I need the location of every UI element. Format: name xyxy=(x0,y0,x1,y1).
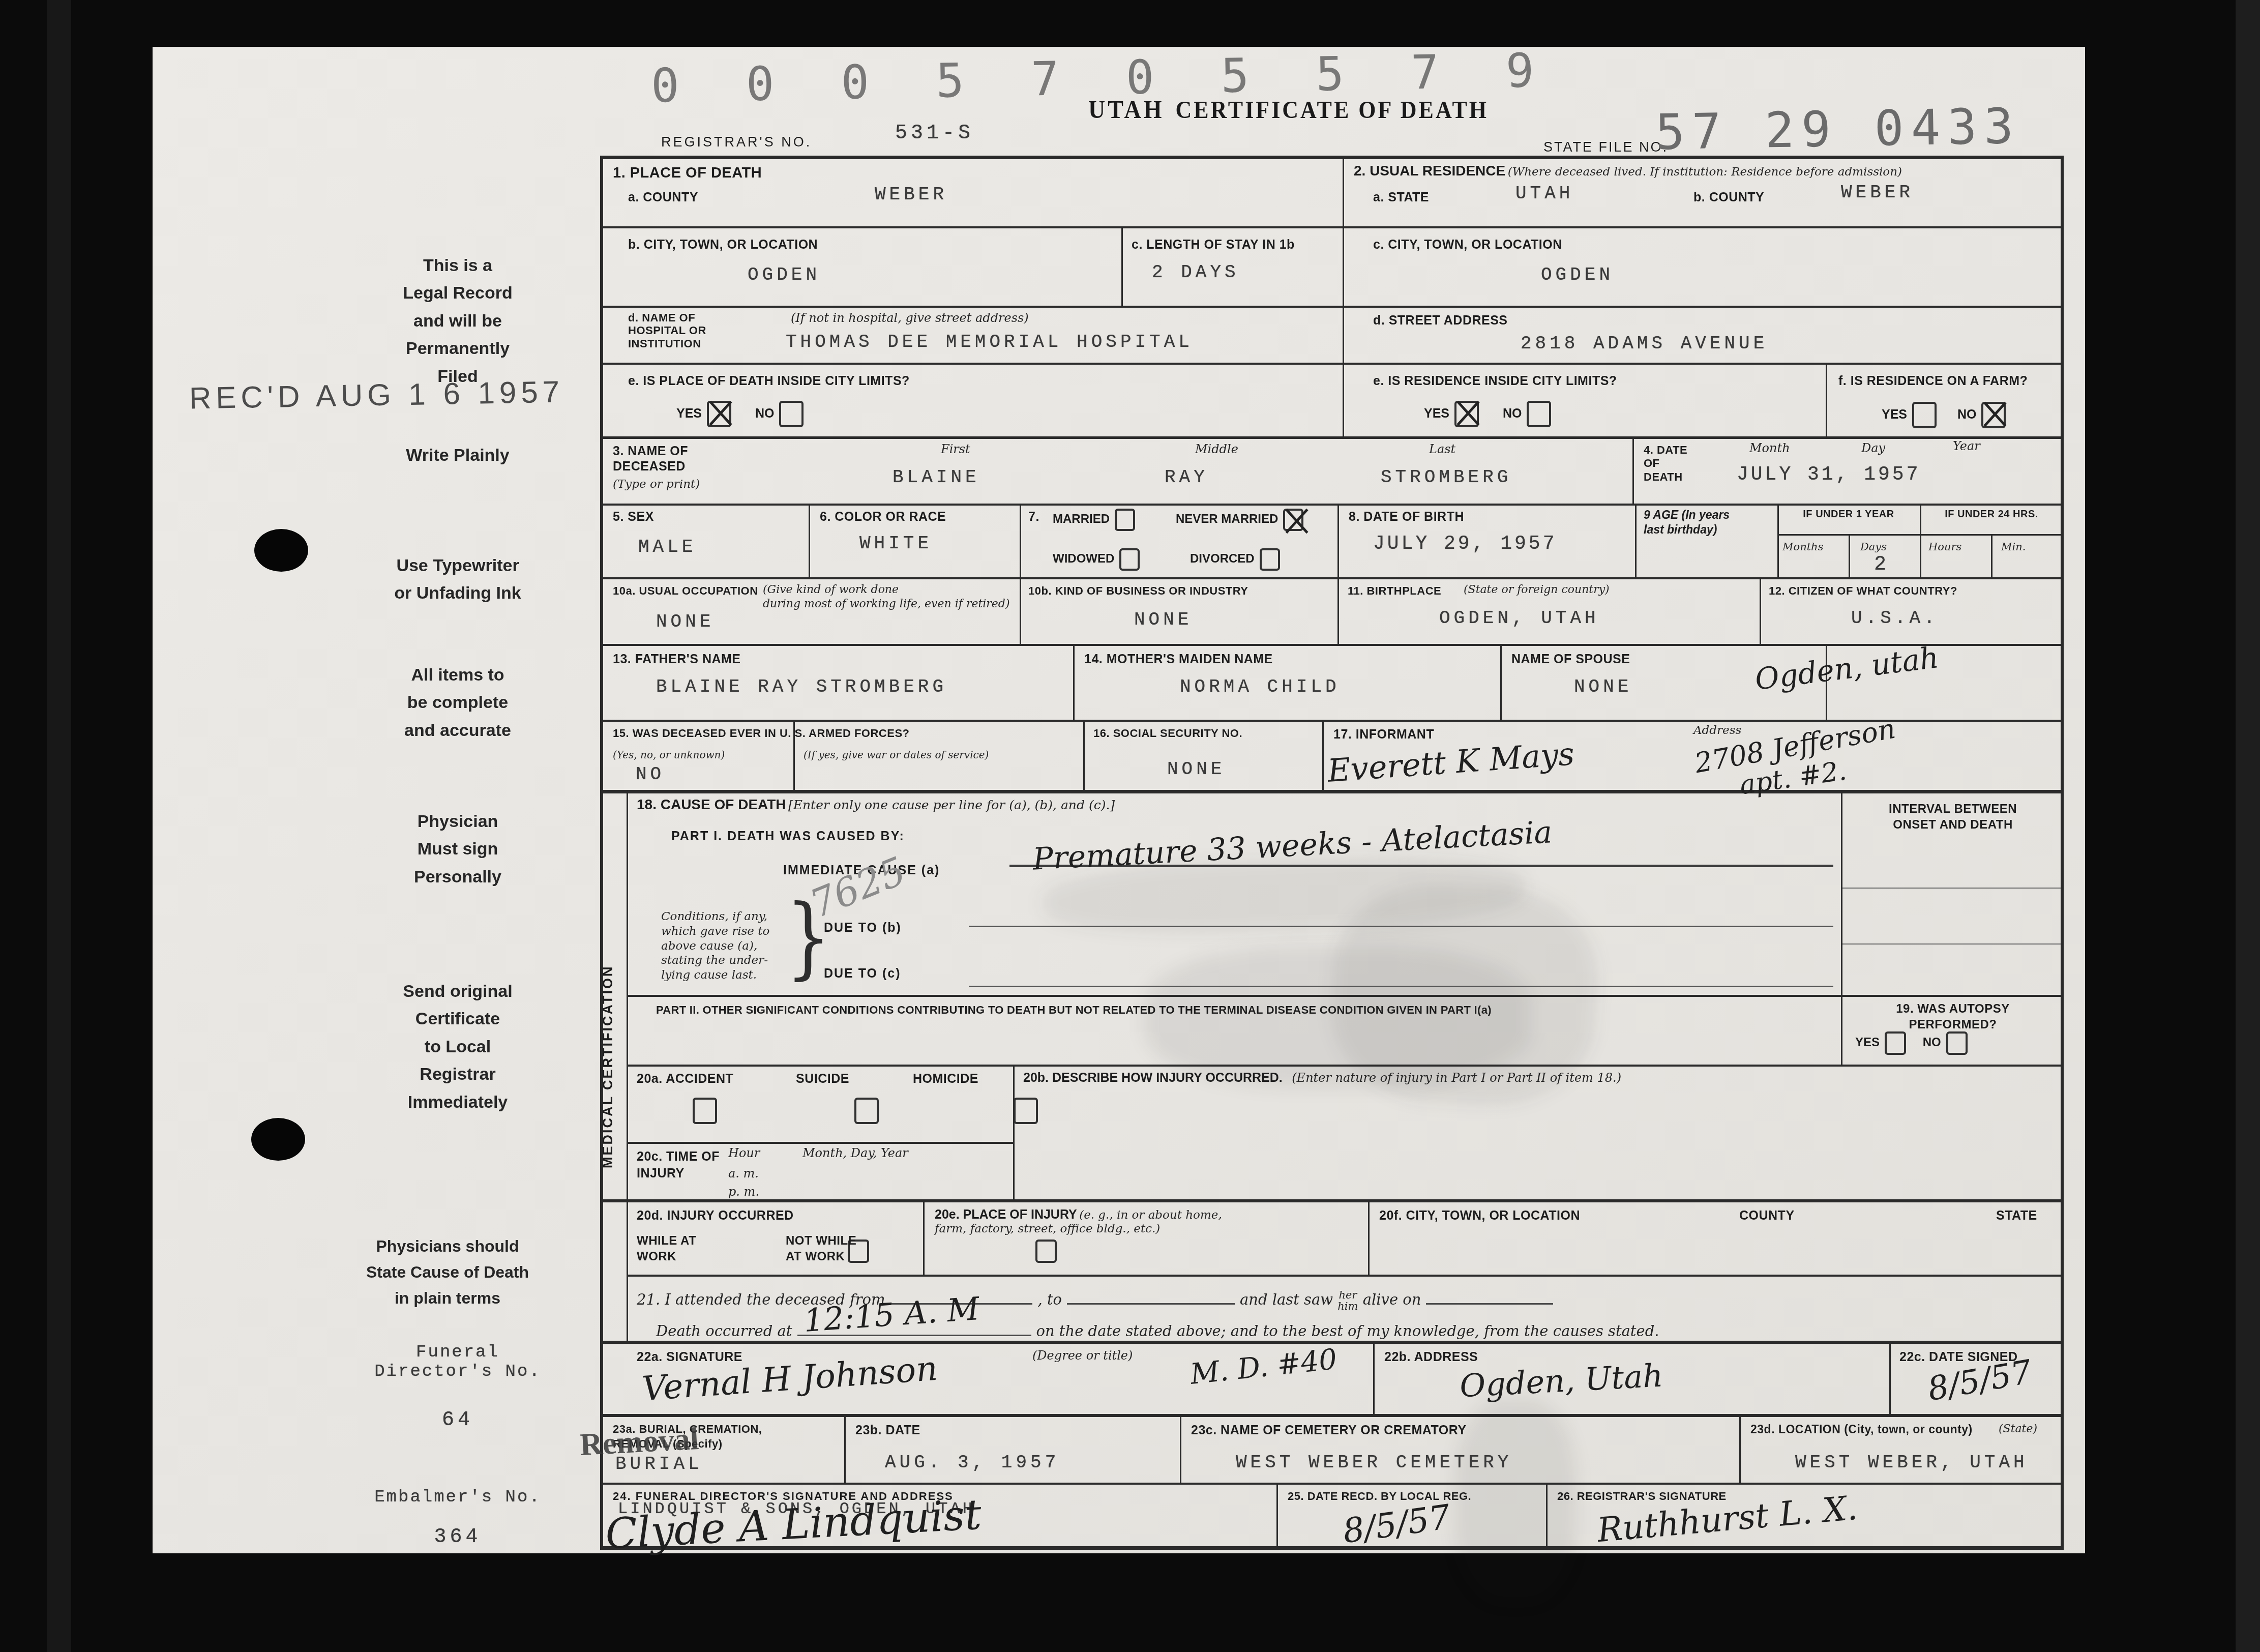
field-1-title: 1. PLACE OF DEATH xyxy=(613,164,762,183)
middle-name-value: RAY xyxy=(1165,467,1208,488)
field-4-date-label: 4. DATE OF DEATH xyxy=(1644,444,1687,484)
embalmers-no-label: Embalmer's No. xyxy=(315,1488,600,1507)
conditions-note: Conditions, if any, which gave rise to a… xyxy=(661,909,769,983)
field-23b-date-label: 23b. DATE xyxy=(855,1422,920,1439)
divider xyxy=(1842,943,2062,945)
field-2f-farm-options: YES NO xyxy=(1882,402,2011,428)
field-11-birthplace-value: OGDEN, UTAH xyxy=(1439,608,1599,629)
am-label: a. m. xyxy=(728,1166,759,1181)
field-19-autopsy-options: YES NO xyxy=(1855,1031,1973,1055)
field-1b-city-value: OGDEN xyxy=(748,264,820,285)
field-spouse-value: NONE xyxy=(1574,676,1632,697)
divider xyxy=(1849,534,1850,577)
divider xyxy=(627,1142,1015,1144)
scan-right-edge xyxy=(2236,0,2260,1652)
medical-certification-label: MEDICAL CERTIFICATION xyxy=(600,796,627,1338)
blank-alive-on xyxy=(1426,1287,1553,1305)
yes-label: YES xyxy=(1855,1036,1880,1049)
divider xyxy=(600,156,2064,159)
part2-label: PART II. OTHER SIGNIFICANT CONDITIONS CO… xyxy=(656,1003,1826,1018)
divider xyxy=(600,1199,2064,1202)
state-label: STATE xyxy=(1996,1207,2037,1224)
field-10b-industry-value: NONE xyxy=(1134,609,1192,630)
field-spouse-label: NAME OF SPOUSE xyxy=(1511,651,1630,668)
margin-note-complete: All items to be complete and accurate xyxy=(315,661,600,744)
due-to-c-underline xyxy=(969,986,1833,987)
divider xyxy=(1368,1201,1370,1275)
punch-hole-bottom xyxy=(251,1118,305,1161)
divider xyxy=(600,363,2064,365)
field-2f-farm-label: f. IS RESIDENCE ON A FARM? xyxy=(1838,373,2028,390)
due-to-b-label: DUE TO (b) xyxy=(824,920,902,936)
informant-address-label: Address xyxy=(1693,723,1741,738)
divider xyxy=(600,644,2064,646)
divider xyxy=(1322,720,1324,792)
checkbox-not-while-at-work xyxy=(1035,1240,1057,1263)
field-2-title-text: 2. USUAL RESIDENCE xyxy=(1354,163,1505,179)
divider xyxy=(1777,504,1779,577)
divider xyxy=(627,1275,2062,1277)
checkbox-1e-yes xyxy=(707,401,731,427)
checkbox-autopsy-no xyxy=(1946,1031,1968,1055)
divider xyxy=(1373,1343,1375,1415)
field-2a-state-label: a. STATE xyxy=(1373,189,1429,206)
divider xyxy=(1826,363,1827,437)
divider xyxy=(923,1201,925,1275)
field-11-birthplace-note: (State or foreign country) xyxy=(1464,583,1610,597)
interval-label: INTERVAL BETWEEN ONSET AND DEATH xyxy=(1854,801,2052,833)
checkbox-2e-no xyxy=(1527,401,1551,427)
divider xyxy=(1635,504,1637,577)
divider xyxy=(844,1415,846,1483)
line2-a: Death occurred at xyxy=(656,1322,792,1340)
margin-note-write-plainly: Write Plainly xyxy=(315,441,600,469)
field-2d-street-value: 2818 ADAMS AVENUE xyxy=(1521,333,1768,354)
funeral-directors-no-label: Funeral Director's No. xyxy=(315,1343,600,1381)
title-main: CERTIFICATE OF DEATH xyxy=(1176,96,1489,124)
field-2e-citylimits-label: e. IS RESIDENCE INSIDE CITY LIMITS? xyxy=(1373,373,1617,390)
state-file-no-label: STATE FILE NO. xyxy=(1543,138,1668,156)
yes-label: YES xyxy=(1882,407,1907,422)
field-2c-city-value: OGDEN xyxy=(1541,264,1614,285)
divider xyxy=(600,436,2064,439)
divider xyxy=(1841,790,1842,1065)
never-married-label: NEVER MARRIED xyxy=(1176,512,1278,526)
checkbox-2f-yes xyxy=(1912,402,1937,428)
hour-label: Hour xyxy=(728,1145,760,1161)
marital-married: MARRIED xyxy=(1053,509,1140,531)
months-label: Months xyxy=(1782,540,1823,553)
under-1-year-label: IF UNDER 1 YEAR xyxy=(1780,508,1917,521)
field-1e-citylimits-label: e. IS PLACE OF DEATH INSIDE CITY LIMITS? xyxy=(628,373,910,390)
married-label: MARRIED xyxy=(1053,512,1110,526)
field-3-name-label: 3. NAME OF DECEASED xyxy=(613,444,688,474)
field-18-title-note: [Enter only one cause per line for (a), … xyxy=(788,798,1115,812)
middle-name-label: Middle xyxy=(1195,441,1238,457)
min-label: Min. xyxy=(2001,540,2026,553)
field-15b-note: (If yes, give war or dates of service) xyxy=(804,749,989,761)
divider xyxy=(1760,577,1761,644)
divider xyxy=(1991,534,1993,577)
registrars-no-label: REGISTRAR'S NO. xyxy=(661,133,812,151)
field-20f-label: 20f. CITY, TOWN, OR LOCATION xyxy=(1379,1207,1580,1224)
yes-label: YES xyxy=(676,406,702,421)
her-him-stack: herhim xyxy=(1337,1289,1358,1312)
field-20b-describe: 20b. DESCRIBE HOW INJURY OCCURRED. (Ente… xyxy=(1023,1071,2015,1085)
divider xyxy=(2061,156,2064,1550)
degree-or-title-note: (Degree or title) xyxy=(1032,1348,1133,1363)
divider xyxy=(600,577,2064,579)
field-1e-citylimits-options: YES NO xyxy=(676,401,809,427)
field-10a-occupation-label: 10a. USUAL OCCUPATION xyxy=(613,584,758,599)
title-utah: UTAH xyxy=(1088,95,1165,124)
field-2e-citylimits-options: YES NO xyxy=(1424,401,1556,427)
margin-note-send-original: Send original Certificate to Local Regis… xyxy=(315,978,600,1116)
field-13-father-label: 13. FATHER'S NAME xyxy=(613,651,741,668)
field-7-number: 7. xyxy=(1028,509,1039,525)
last-name-value: STROMBERG xyxy=(1381,467,1511,488)
yes-label: YES xyxy=(1424,406,1449,421)
no-label: NO xyxy=(1923,1036,1941,1049)
field-2b-county-label: b. COUNTY xyxy=(1693,189,1764,206)
field-1d-hospital-value: THOMAS DEE MEMORIAL HOSPITAL xyxy=(786,332,1193,352)
field-23c-cemetery-label: 23c. NAME OF CEMETERY OR CREMATORY xyxy=(1191,1422,1467,1439)
field-16-ssn-value: NONE xyxy=(1167,759,1225,780)
divider xyxy=(1276,1483,1278,1547)
divider xyxy=(1842,888,2062,889)
divider xyxy=(1020,504,1021,644)
field-23a-burial-value: BURIAL xyxy=(615,1454,703,1474)
divider xyxy=(1739,1415,1741,1483)
checkbox-1e-no xyxy=(779,401,804,427)
field-5-sex-value: MALE xyxy=(638,537,696,557)
field-16-ssn-label: 16. SOCIAL SECURITY NO. xyxy=(1093,726,1242,741)
divider xyxy=(1337,504,1339,644)
divider xyxy=(600,790,2064,793)
checkbox-divorced xyxy=(1260,548,1280,571)
funeral-directors-no-value: 64 xyxy=(315,1409,600,1432)
divider xyxy=(600,226,2064,228)
divider xyxy=(1920,504,1921,577)
line1-d: alive on xyxy=(1363,1291,1421,1308)
field-10b-industry-label: 10b. KIND OF BUSINESS OR INDUSTRY xyxy=(1028,584,1248,599)
line2-b: on the date stated above; and to the bes… xyxy=(1036,1322,1659,1340)
no-label: NO xyxy=(1957,407,1977,422)
field-19-autopsy-label: 19. WAS AUTOPSY PERFORMED? xyxy=(1856,1001,2049,1032)
divider xyxy=(600,504,2064,506)
last-name-label: Last xyxy=(1429,441,1455,457)
divider xyxy=(1500,644,1502,720)
line1-c: and last saw xyxy=(1240,1291,1333,1308)
widowed-label: WIDOWED xyxy=(1053,552,1114,566)
state-file-no-value: 57 29 0433 xyxy=(1655,98,2021,161)
divider xyxy=(809,504,810,577)
field-2-title-note: (Where deceased lived. If institution: R… xyxy=(1508,165,1902,179)
no-label: NO xyxy=(1503,406,1522,421)
no-label: NO xyxy=(755,406,775,421)
field-20d-label: 20d. INJURY OCCURRED xyxy=(637,1207,794,1224)
divider xyxy=(600,1414,2064,1417)
suicide-label: SUICIDE xyxy=(796,1071,849,1087)
field-1b-city-label: b. CITY, TOWN, OR LOCATION xyxy=(628,237,818,253)
checkbox-married xyxy=(1115,509,1135,531)
field-23d-location-value: WEST WEBER, UTAH xyxy=(1795,1452,2028,1473)
day-label: Day xyxy=(1861,440,1885,456)
divider xyxy=(1121,226,1123,306)
county-label: COUNTY xyxy=(1739,1207,1795,1224)
her-label: her xyxy=(1337,1289,1358,1301)
first-name-value: BLAINE xyxy=(893,467,980,488)
field-11-birthplace-label: 11. BIRTHPLACE xyxy=(1348,584,1441,599)
punch-hole-top xyxy=(254,529,308,572)
field-20e-label: 20e. PLACE OF INJURY xyxy=(935,1207,1077,1222)
field-6-race-value: WHITE xyxy=(859,533,932,554)
month-day-year-label: Month, Day, Year xyxy=(802,1145,908,1161)
homicide-label: HOMICIDE xyxy=(913,1071,978,1087)
field-2a-state-value: UTAH xyxy=(1515,183,1573,204)
age-days-value: 2 xyxy=(1874,553,1890,576)
margin-note-physician-sign: Physician Must sign Personally xyxy=(315,808,600,891)
field-18-title-text: 18. CAUSE OF DEATH xyxy=(637,796,786,812)
under-24-hrs-label: IF UNDER 24 HRS. xyxy=(1923,508,2060,521)
year-label: Year xyxy=(1953,438,1980,454)
field-6-race-label: 6. COLOR OR RACE xyxy=(820,509,946,525)
field-14-mother-value: NORMA CHILD xyxy=(1180,676,1340,697)
divider xyxy=(1343,156,1344,437)
due-to-b-underline xyxy=(969,926,1833,927)
line1-b: , to xyxy=(1037,1291,1062,1308)
field-9-age-label: 9 AGE (In years last birthday) xyxy=(1644,508,1730,537)
margin-note-plain-terms: Physicians should State Cause of Death i… xyxy=(275,1233,620,1312)
field-2d-street-label: d. STREET ADDRESS xyxy=(1373,312,1508,329)
field-20a-accident-label: 20a. ACCIDENT xyxy=(637,1071,733,1087)
while-at-work-label: WHILE AT WORK xyxy=(637,1233,696,1264)
not-while-at-work-label: NOT WHILE AT WORK xyxy=(786,1233,856,1264)
pm-label: p. m. xyxy=(728,1184,759,1199)
field-12-citizen-label: 12. CITIZEN OF WHAT COUNTRY? xyxy=(1769,584,1957,599)
marital-widowed: WIDOWED xyxy=(1053,548,1145,571)
divider xyxy=(627,790,628,1342)
marital-never-married: NEVER MARRIED xyxy=(1176,509,1309,531)
field-2c-city-label: c. CITY, TOWN, OR LOCATION xyxy=(1373,237,1562,253)
field-15-armed-forces-label: 15. WAS DECEASED EVER IN U. S. ARMED FOR… xyxy=(613,726,910,741)
field-13-father-value: BLAINE RAY STROMBERG xyxy=(656,676,947,697)
field-5-sex-label: 5. SEX xyxy=(613,509,654,525)
registrars-no-value: 531-S xyxy=(895,122,974,145)
field-4-date-value: JULY 31, 1957 xyxy=(1737,464,1920,486)
field-20e-place: 20e. PLACE OF INJURY (e. g., in or about… xyxy=(935,1207,1362,1235)
field-15a-value: NO xyxy=(636,764,665,785)
first-name-label: First xyxy=(941,441,970,457)
field-1d-hospital-note: (If not in hospital, give street address… xyxy=(791,310,1029,326)
divider xyxy=(600,1483,2064,1485)
divider xyxy=(1889,1343,1891,1415)
field-1a-county-label: a. COUNTY xyxy=(628,189,698,206)
part1-label: PART I. DEATH WAS CAUSED BY: xyxy=(671,828,905,845)
checkbox-2f-no xyxy=(1981,402,2006,428)
divider xyxy=(600,306,2064,308)
field-15a-note: (Yes, no, or unknown) xyxy=(613,749,725,761)
field-2-title: 2. USUAL RESIDENCE (Where deceased lived… xyxy=(1354,163,1902,179)
field-23d-location-label: 23d. LOCATION (City, town, or county) xyxy=(1750,1422,1973,1437)
checkbox-autopsy-yes xyxy=(1885,1031,1906,1055)
field-8-birth-value: JULY 29, 1957 xyxy=(1373,533,1557,555)
field-14-mother-label: 14. MOTHER'S MAIDEN NAME xyxy=(1084,651,1273,668)
divider xyxy=(1083,720,1085,792)
field-1c-stay-label: c. LENGTH OF STAY IN 1b xyxy=(1132,237,1295,253)
field-23b-date-value: AUG. 3, 1957 xyxy=(885,1452,1059,1473)
checkbox-homicide xyxy=(1014,1098,1038,1124)
checkbox-never-married xyxy=(1283,509,1303,531)
field-20b-note: (Enter nature of injury in Part I or Par… xyxy=(1292,1071,1621,1085)
blank-to xyxy=(1067,1287,1235,1305)
checkbox-widowed xyxy=(1119,548,1140,571)
margin-note-typewriter: Use Typewriter or Unfading Ink xyxy=(315,552,600,607)
certificate-title: UTAH CERTIFICATE OF DEATH xyxy=(1088,94,1489,124)
marital-divorced: DIVORCED xyxy=(1190,548,1285,571)
field-2b-county-value: WEBER xyxy=(1841,182,1914,203)
divider xyxy=(627,995,2062,997)
divider xyxy=(1180,1415,1181,1483)
days-label: Days xyxy=(1860,540,1887,553)
field-1a-county-value: WEBER xyxy=(875,184,947,205)
field-20c-time-label: 20c. TIME OF INJURY xyxy=(637,1148,720,1182)
field-22b-address-label: 22b. ADDRESS xyxy=(1384,1349,1478,1366)
divider xyxy=(627,1065,2062,1067)
divider xyxy=(1632,437,1634,504)
divider xyxy=(1073,644,1075,720)
field-17-informant-label: 17. INFORMANT xyxy=(1333,726,1434,743)
due-to-c-label: DUE TO (c) xyxy=(824,965,901,982)
field-23d-state-note: (State) xyxy=(1999,1422,2037,1436)
him-label: him xyxy=(1337,1301,1358,1312)
death-certificate-scan: This is a Legal Record and will be Perma… xyxy=(0,0,2260,1652)
field-12-citizen-value: U.S.A. xyxy=(1851,608,1939,629)
embalmers-no-value: 364 xyxy=(315,1526,600,1549)
checkbox-2e-yes xyxy=(1454,401,1479,427)
checkbox-suicide xyxy=(854,1098,879,1124)
field-1d-hospital-label: d. NAME OF HOSPITAL OR INSTITUTION xyxy=(628,311,706,350)
received-date-stamp: REC'D AUG 1 6 1957 xyxy=(189,374,564,416)
field-20b-label: 20b. DESCRIBE HOW INJURY OCCURRED. xyxy=(1023,1071,1283,1085)
month-label: Month xyxy=(1749,440,1790,456)
film-edge-strip xyxy=(47,0,71,1652)
checkbox-accident xyxy=(693,1098,717,1124)
divider xyxy=(1013,1065,1015,1200)
field-10a-occupation-value: NONE xyxy=(656,611,714,632)
margin-note-legal-record: This is a Legal Record and will be Perma… xyxy=(315,252,600,390)
field-1c-stay-value: 2 DAYS xyxy=(1152,262,1239,283)
field-23c-cemetery-value: WEST WEBER CEMETERY xyxy=(1236,1452,1512,1473)
divider xyxy=(1546,1483,1548,1547)
field-18-title: 18. CAUSE OF DEATH [Enter only one cause… xyxy=(637,796,1115,813)
field-8-birth-label: 8. DATE OF BIRTH xyxy=(1349,509,1464,525)
field-3-name-note: (Type or print) xyxy=(613,477,700,492)
divorced-label: DIVORCED xyxy=(1190,552,1255,566)
field-10a-occupation-note: (Give kind of work done during most of w… xyxy=(763,583,1010,611)
hours-label: Hours xyxy=(1928,540,1961,553)
